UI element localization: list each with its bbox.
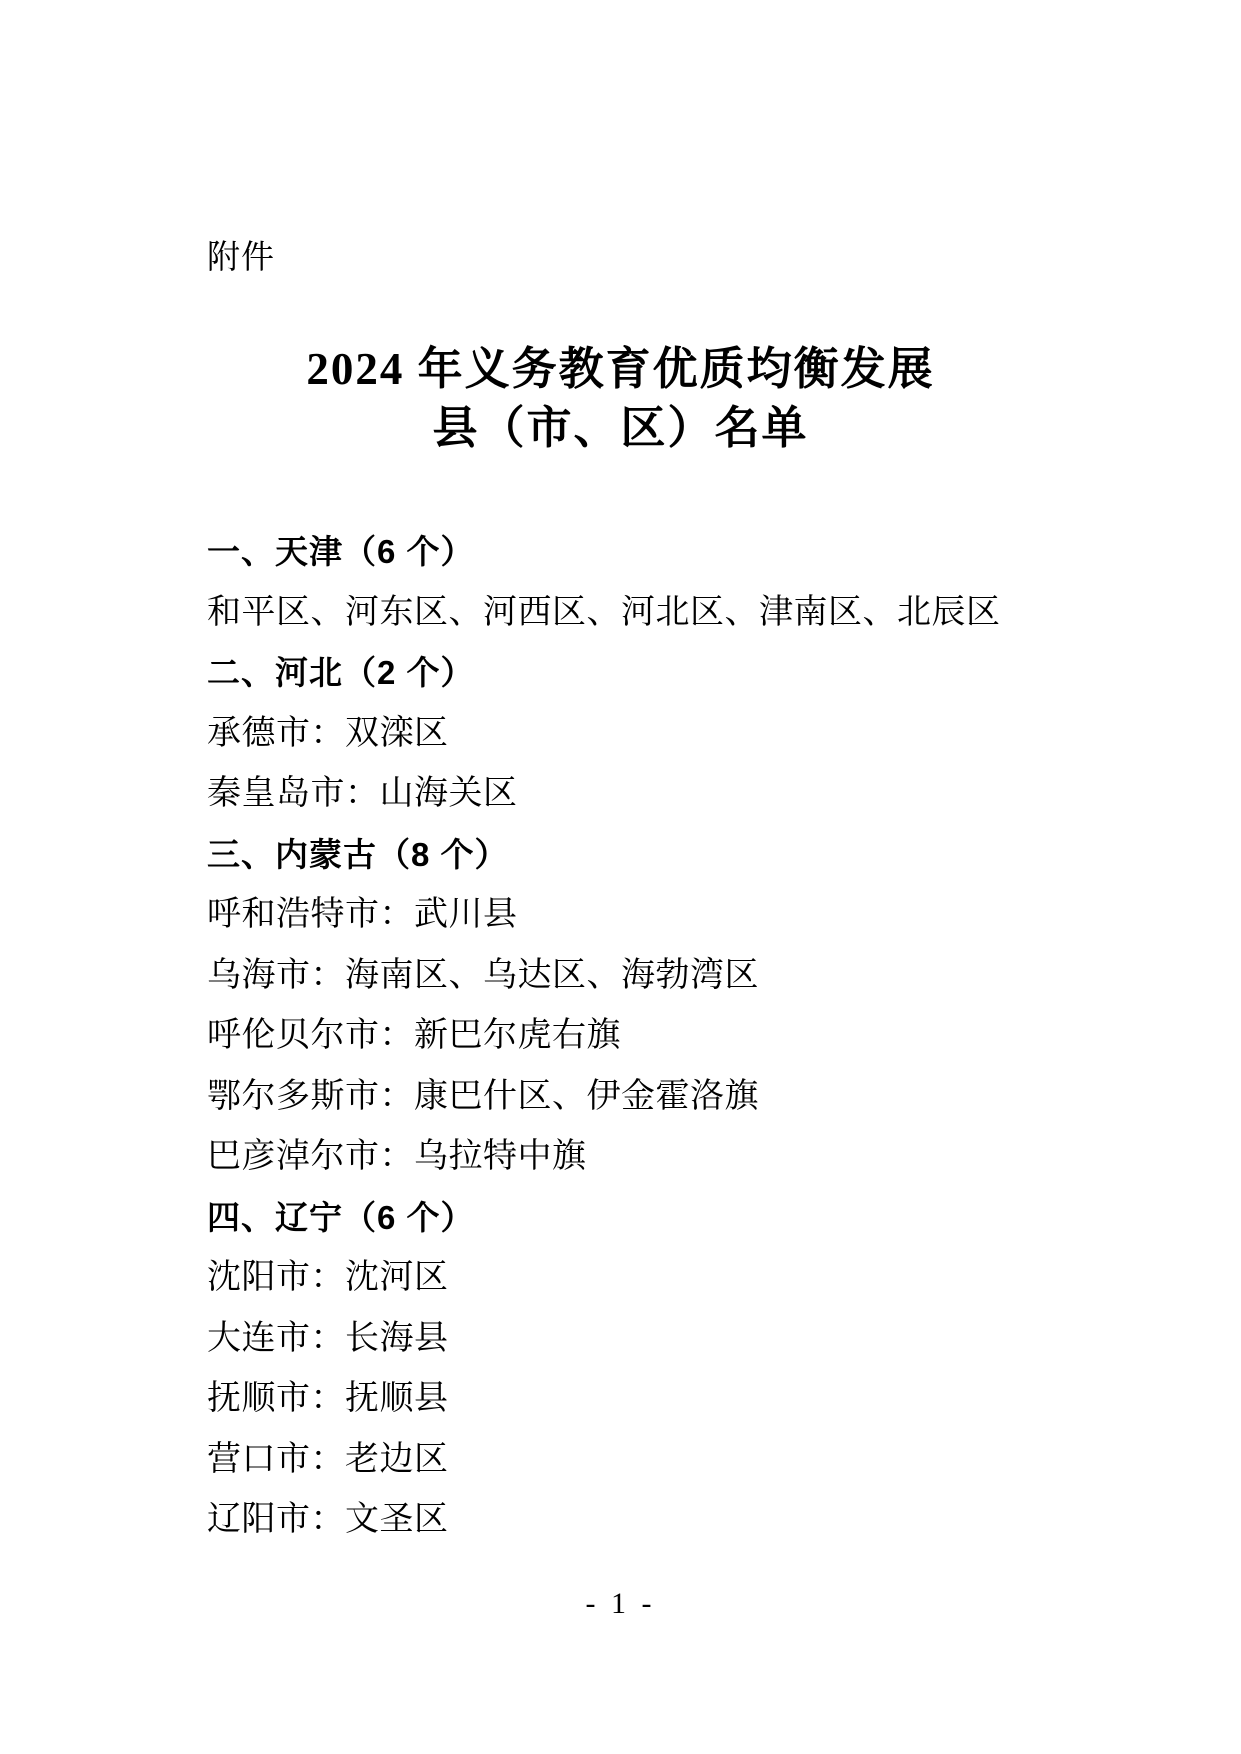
section-heading: 一、天津（6 个） xyxy=(207,522,1161,583)
section-heading: 四、辽宁（6 个） xyxy=(207,1188,1161,1249)
entry-line: 和平区、河东区、河西区、河北区、津南区、北辰区 xyxy=(207,583,1161,644)
section-heading: 二、河北（2 个） xyxy=(207,643,1161,704)
section-heading: 三、内蒙古（8 个） xyxy=(207,825,1161,886)
document-title-line1: 2024 年义务教育优质均衡发展 xyxy=(0,340,1241,399)
entry-line: 鄂尔多斯市：康巴什区、伊金霍洛旗 xyxy=(207,1067,1161,1128)
attachment-label: 附件 xyxy=(207,240,275,273)
entry-line: 呼和浩特市：武川县 xyxy=(207,885,1161,946)
entry-line: 承德市：双滦区 xyxy=(207,704,1161,765)
document-title: 2024 年义务教育优质均衡发展 县（市、区）名单 xyxy=(0,340,1241,458)
document-page: 附件 2024 年义务教育优质均衡发展 县（市、区）名单 一、天津（6 个）和平… xyxy=(0,0,1241,1754)
entry-line: 巴彦淖尔市：乌拉特中旗 xyxy=(207,1127,1161,1188)
document-title-line2: 县（市、区）名单 xyxy=(0,399,1241,458)
entry-line: 秦皇岛市：山海关区 xyxy=(207,764,1161,825)
entry-line: 呼伦贝尔市：新巴尔虎右旗 xyxy=(207,1006,1161,1067)
entry-line: 大连市：长海县 xyxy=(207,1309,1161,1370)
entry-line: 营口市：老边区 xyxy=(207,1430,1161,1491)
sections: 一、天津（6 个）和平区、河东区、河西区、河北区、津南区、北辰区二、河北（2 个… xyxy=(207,522,1161,1551)
page-number: - 1 - xyxy=(0,1588,1241,1620)
entry-line: 抚顺市：抚顺县 xyxy=(207,1369,1161,1430)
entry-line: 沈阳市：沈河区 xyxy=(207,1248,1161,1309)
entry-line: 乌海市：海南区、乌达区、海勃湾区 xyxy=(207,946,1161,1007)
entry-line: 辽阳市：文圣区 xyxy=(207,1490,1161,1551)
